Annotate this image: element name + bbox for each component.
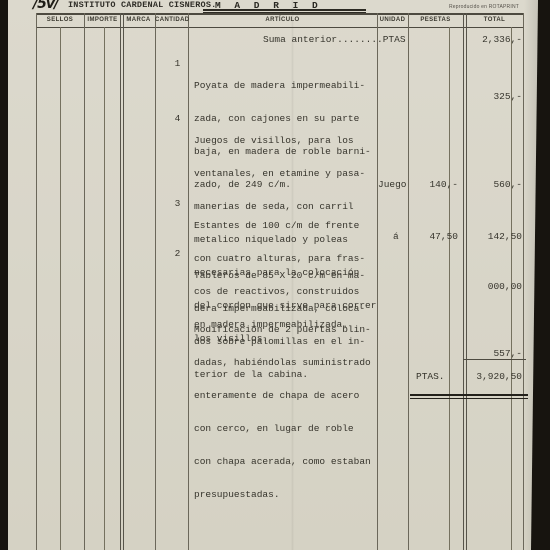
item-quantity: 4 — [171, 113, 184, 124]
importe-sub-rule — [104, 27, 105, 550]
description-line: Poyata de madera impermeabili- — [194, 80, 371, 91]
col-rule-importe-marca-a — [120, 13, 121, 550]
column-header-unidad: UNIDAD — [377, 15, 408, 25]
sellos-sub-rule — [60, 27, 61, 550]
col-rule-importe-marca-b — [123, 13, 124, 550]
grand-total-rule-top — [410, 394, 528, 396]
column-header-sellos: SELLOS — [36, 15, 84, 25]
description-line: con chapa acerada, como estaban — [194, 456, 371, 467]
item-total: 000,00 — [448, 281, 522, 292]
description-line: Juegos de visillos, para los — [194, 135, 376, 146]
column-header-articulo: ARTÍCULO — [188, 15, 377, 25]
item-total: 325,- — [448, 91, 522, 102]
col-rule-sellos-importe — [84, 13, 85, 550]
item-total: 557,- — [448, 348, 522, 359]
handwritten-mark: /5v/ — [33, 0, 58, 12]
col-rule-unidad-pesetas — [408, 13, 409, 550]
col-rule-articulo-unidad — [377, 13, 378, 550]
description-line: Estantes de 100 c/m de frente — [194, 220, 365, 231]
item-quantity: 1 — [171, 58, 184, 69]
description-line: con cerco, en lugar de roble — [194, 423, 371, 434]
description-line: presupuestadas. — [194, 489, 371, 500]
scanned-document: /5v/ INSTITUTO CARDENAL CISNEROS. M A D … — [0, 0, 550, 550]
column-header-total: TOTAL — [466, 15, 523, 25]
paper-edge-shadow — [524, 0, 538, 550]
description-line: ventanales, en etamine y pasa- — [194, 168, 376, 179]
column-header-pesetas: PESETAS — [408, 15, 463, 25]
grand-total-label: PTAS. — [416, 371, 445, 382]
table-left-rule — [36, 13, 37, 550]
city-underline-top — [203, 9, 366, 11]
item-quantity: 3 — [171, 198, 184, 209]
grand-total-value: 3,920,50 — [448, 371, 522, 382]
reproduction-note: Reproducido en ROTAPRINT — [449, 4, 519, 10]
column-header-marca: MARCA — [122, 15, 155, 25]
col-rule-cantidad-articulo — [188, 13, 189, 550]
col-rule-marca-cantidad — [155, 13, 156, 550]
item-total: 142,50 — [448, 231, 522, 242]
grand-total-rule-bottom — [410, 398, 528, 400]
item-total: 560,- — [448, 179, 522, 190]
description-line: Modificación de 2 puertas blin- — [194, 324, 371, 335]
suma-anterior-total: 2,336,- — [448, 34, 522, 45]
subtotal-underline — [463, 359, 526, 360]
item-description: Modificación de 2 puertas blin- dadas, h… — [194, 302, 371, 522]
description-line: dadas, habiéndolas suministrado — [194, 357, 371, 368]
paper-sheet: /5v/ INSTITUTO CARDENAL CISNEROS. M A D … — [8, 0, 538, 550]
item-unit: á — [393, 231, 399, 242]
table-right-rule — [523, 13, 524, 550]
column-header-cantidad: CANTIDAD — [155, 15, 188, 25]
suma-anterior-label: Suma anterior........PTAS — [263, 34, 406, 45]
institution-title: INSTITUTO CARDENAL CISNEROS. — [68, 0, 216, 10]
item-quantity: 2 — [171, 248, 184, 259]
column-header-importe: IMPORTE — [84, 15, 121, 25]
description-line: enteramente de chapa de acero — [194, 390, 371, 401]
description-line: Tableros de 85 X 20 c/m en ma- — [194, 270, 365, 281]
